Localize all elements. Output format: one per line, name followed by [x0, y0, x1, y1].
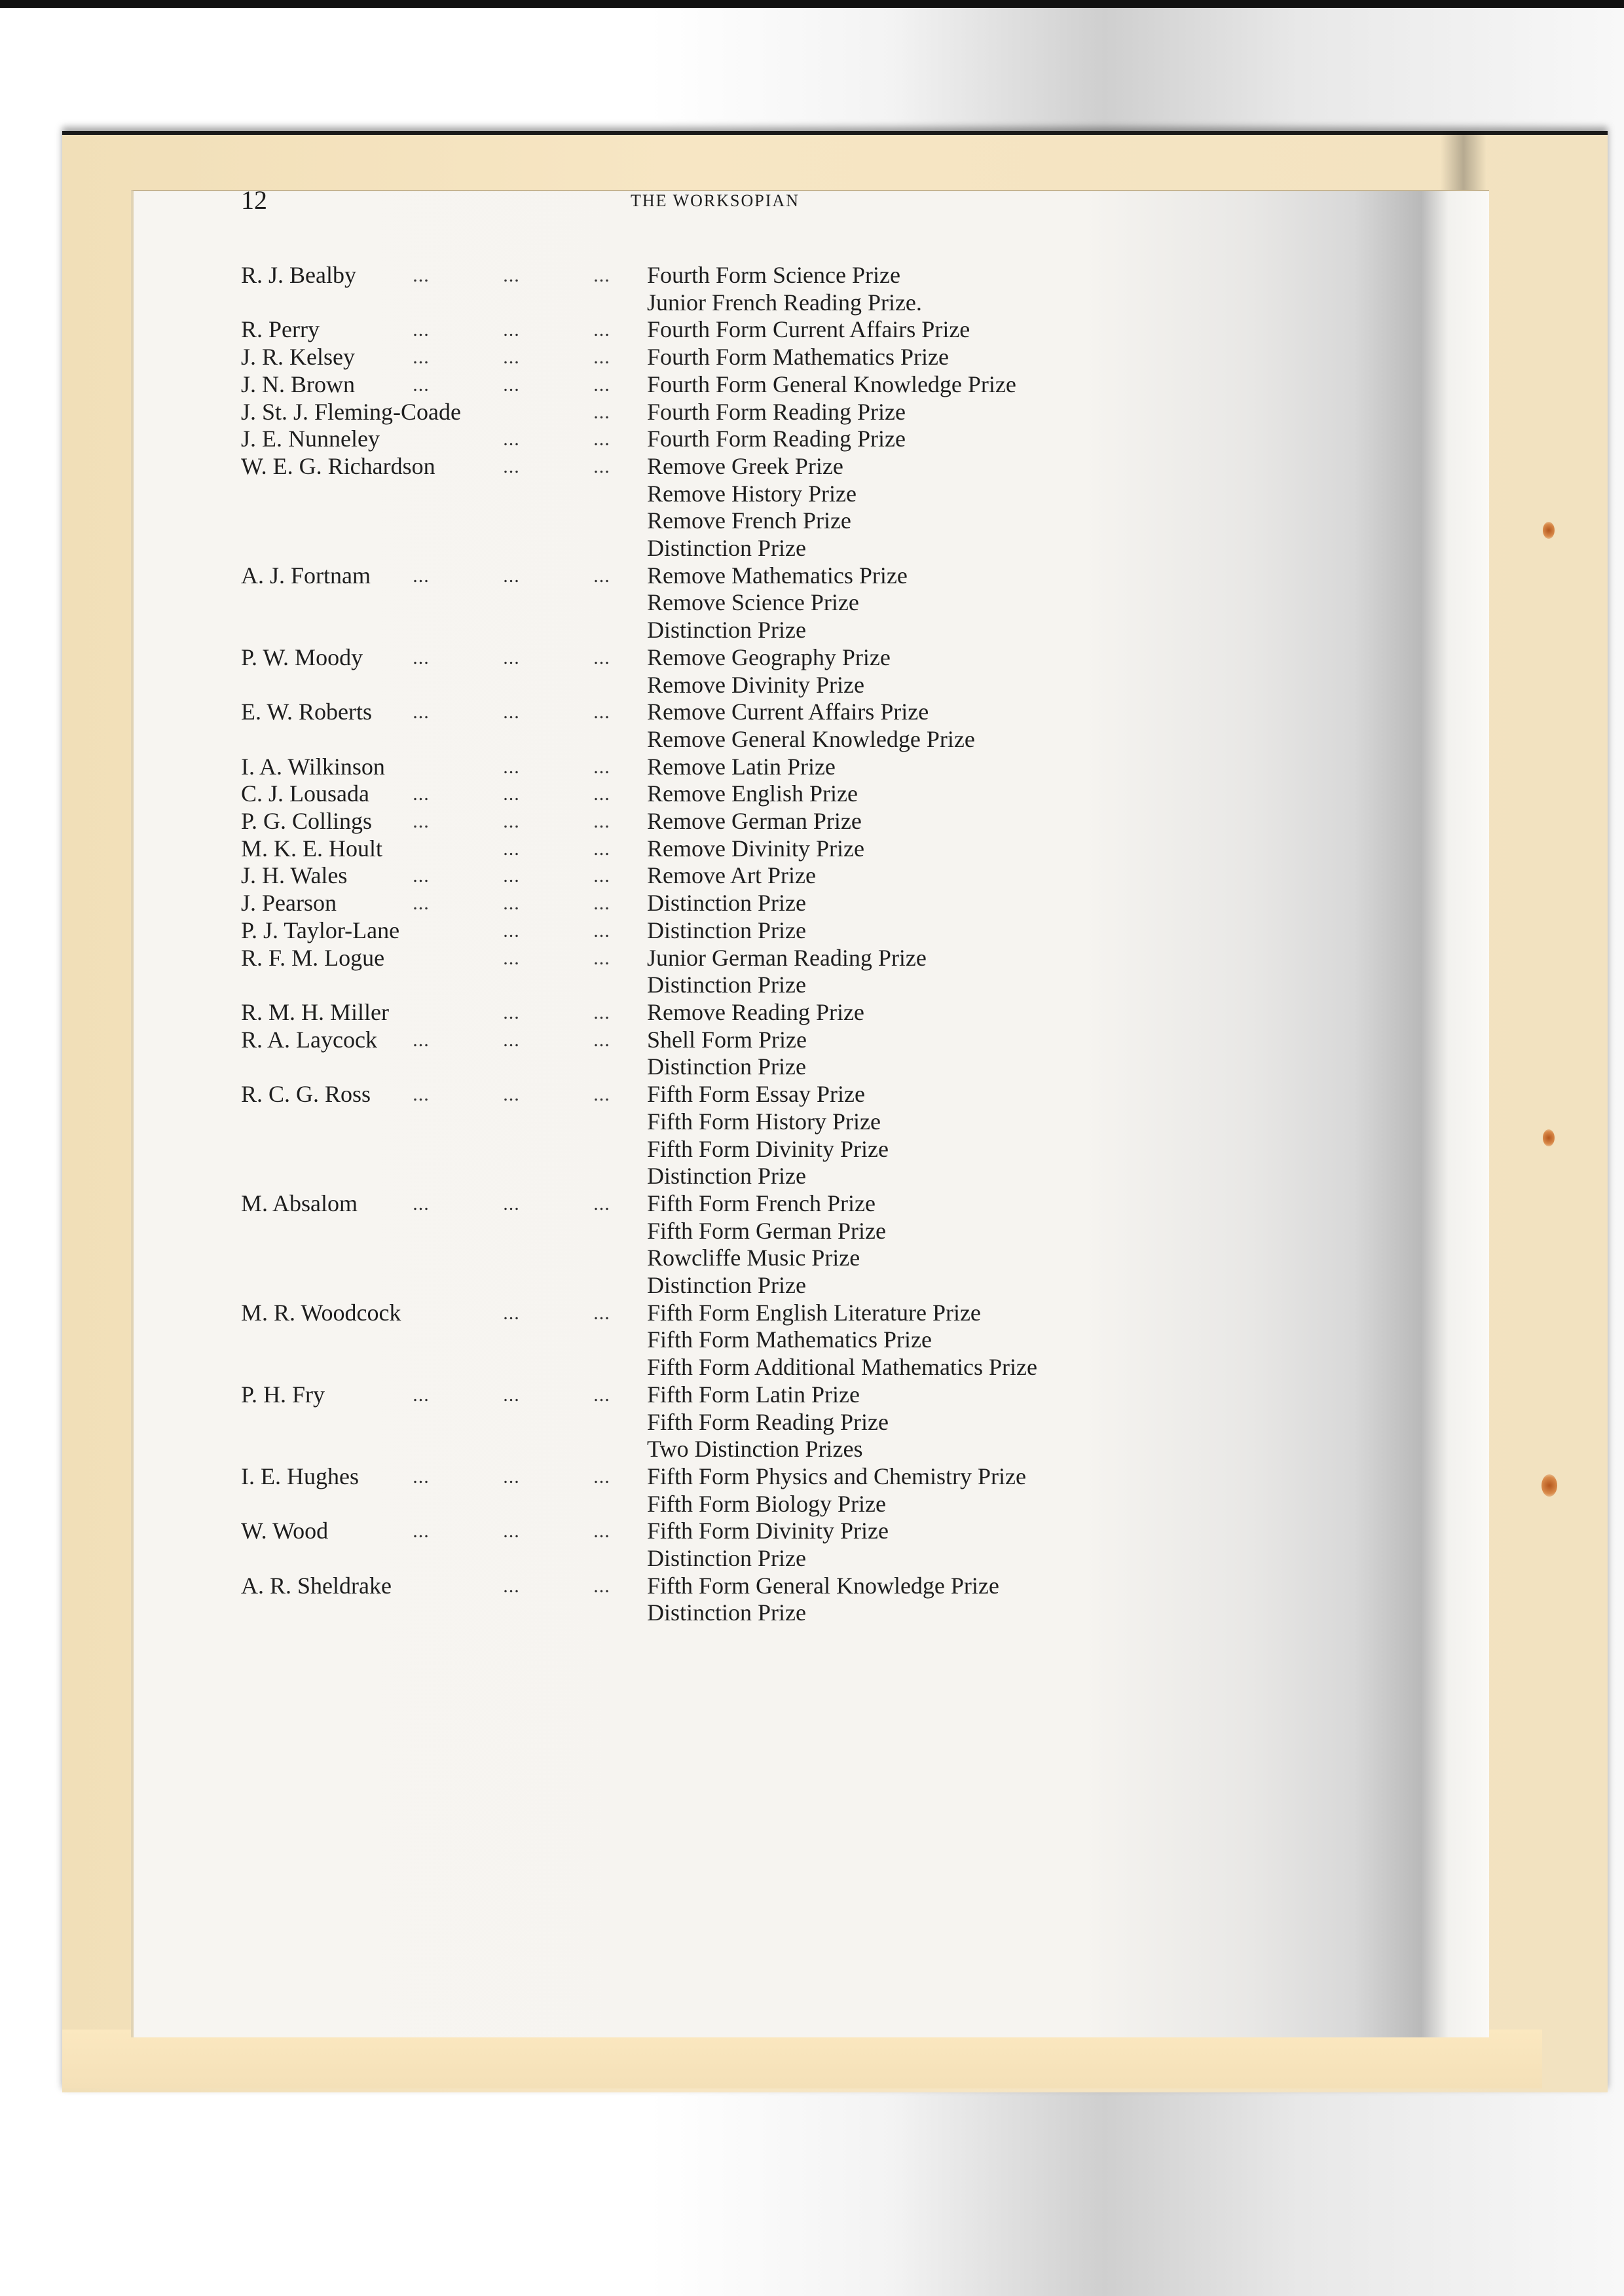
leader-dots: ... [466, 780, 557, 808]
prize-entry: R. M. H. Miller ... ... ... Remove Readi… [241, 999, 1354, 1027]
prize-title: Remove Divinity Prize [647, 835, 864, 863]
recipient-name: W. E. G. Richardson [241, 453, 435, 479]
prize-title: Remove Science Prize [647, 589, 908, 617]
prize-entry: E. W. Roberts ... ... ... Remove Current… [241, 699, 1354, 753]
prize-title: Junior German Reading Prize [647, 945, 927, 972]
prize-title: Fifth Form Divinity Prize [647, 1136, 889, 1163]
prize-title: Fifth Form Latin Prize [647, 1381, 889, 1409]
prize-entry: J. E. Nunneley ... ... ... Fourth Form R… [241, 426, 1354, 453]
prize-title: Distinction Prize [647, 890, 806, 917]
prize-entry: P. H. Fry ... ... ... Fifth Form Latin P… [241, 1381, 1354, 1463]
prize-awards: Fourth Form Science PrizeJunior French R… [647, 262, 922, 316]
prize-awards: Fourth Form Reading Prize [647, 426, 906, 453]
leader-dots: ... [376, 808, 466, 835]
prize-awards: Fifth Form Latin PrizeFifth Form Reading… [647, 1381, 889, 1463]
recipient-name-cell: J. H. Wales ... ... ... [241, 862, 647, 890]
leader-dots: ... [557, 1300, 647, 1327]
prize-title: Fifth Form German Prize [647, 1218, 886, 1245]
leader-dots: ... [376, 780, 466, 808]
leader-dots: ... [376, 1027, 466, 1054]
prize-awards: Fourth Form Reading Prize [647, 399, 906, 426]
recipient-name-cell: A. J. Fortnam ... ... ... [241, 562, 647, 644]
recipient-name: R. M. H. Miller [241, 999, 389, 1025]
leader-dots: ... [557, 754, 647, 781]
leader-dots: ... [466, 644, 557, 672]
prize-title: Remove German Prize [647, 808, 862, 835]
recipient-name-cell: E. W. Roberts ... ... ... [241, 699, 647, 753]
page-number: 12 [241, 185, 267, 215]
recipient-name: R. J. Bealby [241, 262, 356, 288]
leader-dots: ... [557, 399, 647, 426]
leader-dots: ... [376, 344, 466, 371]
prize-entry: J. Pearson ... ... ... Distinction Prize [241, 890, 1354, 917]
prize-title: Shell Form Prize [647, 1027, 807, 1054]
prize-awards: Shell Form PrizeDistinction Prize [647, 1027, 807, 1081]
prize-entry: A. R. Sheldrake ... ... ... Fifth Form G… [241, 1573, 1354, 1627]
leader-dots: ... [466, 1463, 557, 1491]
prize-title: Junior French Reading Prize. [647, 289, 922, 317]
prize-awards: Remove German Prize [647, 808, 862, 835]
prize-title: Remove History Prize [647, 481, 857, 508]
recipient-name-cell: W. E. G. Richardson ... ... ... [241, 453, 647, 562]
leader-dots: ... [376, 1381, 466, 1409]
leader-dots: ... [466, 699, 557, 726]
leader-dots: ... [557, 316, 647, 344]
prize-title: Fifth Form Physics and Chemistry Prize [647, 1463, 1026, 1491]
recipient-name-cell: P. G. Collings ... ... ... [241, 808, 647, 835]
prize-awards: Fifth Form Physics and Chemistry PrizeFi… [647, 1463, 1026, 1518]
leader-dots: ... [557, 917, 647, 945]
prize-awards: Remove Mathematics PrizeRemove Science P… [647, 562, 908, 644]
recipient-name-cell: J. Pearson ... ... ... [241, 890, 647, 917]
leader-dots: ... [376, 1518, 466, 1545]
prize-entry: J. R. Kelsey ... ... ... Fourth Form Mat… [241, 344, 1354, 371]
leader-dots: ... [376, 862, 466, 890]
prize-list: R. J. Bealby ... ... ... Fourth Form Sci… [241, 262, 1354, 1627]
prize-awards: Distinction Prize [647, 890, 806, 917]
prize-title: Fifth Form English Literature Prize [647, 1300, 1037, 1327]
prize-title: Rowcliffe Music Prize [647, 1245, 886, 1272]
prize-entry: M. R. Woodcock ... ... ... Fifth Form En… [241, 1300, 1354, 1381]
recipient-name-cell: I. E. Hughes ... ... ... [241, 1463, 647, 1518]
recipient-name: E. W. Roberts [241, 699, 372, 725]
prize-entry: M. Absalom ... ... ... Fifth Form French… [241, 1190, 1354, 1300]
prize-title: Fifth Form General Knowledge Prize [647, 1573, 999, 1600]
recipient-name: P. H. Fry [241, 1381, 325, 1408]
leader-dots: ... [376, 262, 466, 289]
prize-entry: I. A. Wilkinson ... ... ... Remove Latin… [241, 754, 1354, 781]
recipient-name: J. E. Nunneley [241, 426, 380, 452]
prize-awards: Junior German Reading PrizeDistinction P… [647, 945, 927, 999]
prize-entry: C. J. Lousada ... ... ... Remove English… [241, 780, 1354, 808]
prize-title: Fifth Form Mathematics Prize [647, 1326, 1037, 1354]
prize-title: Remove Greek Prize [647, 453, 857, 481]
recipient-name: J. Pearson [241, 890, 337, 916]
leader-dots: ... [557, 699, 647, 726]
leader-dots: ... [557, 999, 647, 1027]
foxing-stain [1541, 1474, 1557, 1497]
recipient-name-cell: I. A. Wilkinson ... ... ... [241, 754, 647, 781]
prize-title: Remove French Prize [647, 507, 857, 535]
leader-dots: ... [557, 1190, 647, 1218]
recipient-name: P. W. Moody [241, 644, 363, 670]
prize-title: Fourth Form Reading Prize [647, 426, 906, 453]
prize-title: Distinction Prize [647, 917, 806, 945]
prize-title: Remove Divinity Prize [647, 672, 891, 699]
prize-title: Distinction Prize [647, 1053, 807, 1081]
recipient-name-cell: P. W. Moody ... ... ... [241, 644, 647, 699]
prize-title: Remove Reading Prize [647, 999, 864, 1027]
recipient-name-cell: R. Perry ... ... ... [241, 316, 647, 344]
prize-awards: Remove Latin Prize [647, 754, 836, 781]
prize-title: Distinction Prize [647, 972, 927, 999]
recipient-name-cell: P. J. Taylor-Lane ... ... ... [241, 917, 647, 945]
leader-dots: ... [557, 1027, 647, 1054]
recipient-name-cell: C. J. Lousada ... ... ... [241, 780, 647, 808]
recipient-name-cell: R. J. Bealby ... ... ... [241, 262, 647, 316]
recipient-name-cell: R. A. Laycock ... ... ... [241, 1027, 647, 1081]
recipient-name-cell: R. C. G. Ross ... ... ... [241, 1081, 647, 1190]
leader-dots: ... [557, 426, 647, 453]
prize-entry: I. E. Hughes ... ... ... Fifth Form Phys… [241, 1463, 1354, 1518]
prize-title: Remove Geography Prize [647, 644, 891, 672]
prize-title: Fourth Form General Knowledge Prize [647, 371, 1016, 399]
leader-dots: ... [466, 562, 557, 590]
leader-dots: ... [466, 808, 557, 835]
recipient-name-cell: J. E. Nunneley ... ... ... [241, 426, 647, 453]
leader-dots: ... [466, 835, 557, 863]
leader-dots: ... [557, 1518, 647, 1545]
recipient-name: I. A. Wilkinson [241, 754, 385, 780]
prize-awards: Remove Divinity Prize [647, 835, 864, 863]
prize-title: Fifth Form Additional Mathematics Prize [647, 1354, 1037, 1381]
recipient-name-cell: P. H. Fry ... ... ... [241, 1381, 647, 1463]
leader-dots: ... [557, 371, 647, 399]
leader-dots: ... [376, 316, 466, 344]
prize-awards: Fourth Form Current Affairs Prize [647, 316, 970, 344]
recipient-name: R. Perry [241, 316, 320, 342]
prize-awards: Remove Geography PrizeRemove Divinity Pr… [647, 644, 891, 699]
booklet-bottom-edge [62, 2030, 1542, 2088]
prize-awards: Fifth Form General Knowledge PrizeDistin… [647, 1573, 999, 1627]
leader-dots: ... [466, 1573, 557, 1600]
leader-dots: ... [466, 262, 557, 289]
prize-entry: P. G. Collings ... ... ... Remove German… [241, 808, 1354, 835]
leader-dots: ... [557, 262, 647, 289]
leader-dots: ... [466, 371, 557, 399]
leader-dots: ... [376, 1081, 466, 1108]
recipient-name-cell: R. M. H. Miller ... ... ... [241, 999, 647, 1027]
recipient-name-cell: A. R. Sheldrake ... ... ... [241, 1573, 647, 1627]
prize-title: Fourth Form Mathematics Prize [647, 344, 949, 371]
prize-title: Distinction Prize [647, 1599, 999, 1627]
prize-awards: Remove English Prize [647, 780, 858, 808]
prize-title: Remove Latin Prize [647, 754, 836, 781]
leader-dots: ... [466, 945, 557, 972]
leader-dots: ... [557, 1381, 647, 1409]
recipient-name: R. F. M. Logue [241, 945, 384, 971]
scan-top-edge [0, 0, 1624, 8]
leader-dots: ... [466, 754, 557, 781]
recipient-name-cell: M. K. E. Hoult ... ... ... [241, 835, 647, 863]
leader-dots: ... [376, 644, 466, 672]
leader-dots: ... [376, 1463, 466, 1491]
prize-entry: P. J. Taylor-Lane ... ... ... Distinctio… [241, 917, 1354, 945]
recipient-name: A. J. Fortnam [241, 562, 371, 589]
prize-entry: R. A. Laycock ... ... ... Shell Form Pri… [241, 1027, 1354, 1081]
prize-title: Fifth Form French Prize [647, 1190, 886, 1218]
recipient-name: R. C. G. Ross [241, 1081, 371, 1107]
leader-dots: ... [557, 1081, 647, 1108]
prize-title: Remove General Knowledge Prize [647, 726, 975, 754]
prize-title: Fifth Form Essay Prize [647, 1081, 889, 1108]
prize-title: Distinction Prize [647, 1163, 889, 1190]
recipient-name: J. N. Brown [241, 371, 355, 397]
leader-dots: ... [466, 1518, 557, 1545]
leader-dots: ... [466, 862, 557, 890]
leader-dots: ... [466, 917, 557, 945]
prize-title: Remove Mathematics Prize [647, 562, 908, 590]
recipient-name-cell: J. R. Kelsey ... ... ... [241, 344, 647, 371]
recipient-name-cell: M. R. Woodcock ... ... ... [241, 1300, 647, 1381]
leader-dots: ... [466, 999, 557, 1027]
prize-entry: R. J. Bealby ... ... ... Fourth Form Sci… [241, 262, 1354, 316]
leader-dots: ... [376, 1190, 466, 1218]
recipient-name: P. G. Collings [241, 808, 372, 834]
prize-title: Distinction Prize [647, 535, 857, 562]
recipient-name: J. St. J. Fleming-Coade [241, 399, 461, 425]
prize-entry: J. H. Wales ... ... ... Remove Art Prize [241, 862, 1354, 890]
leader-dots: ... [466, 1300, 557, 1327]
prize-title: Distinction Prize [647, 1545, 889, 1573]
recipient-name: A. R. Sheldrake [241, 1573, 392, 1599]
prize-entry: W. Wood ... ... ... Fifth Form Divinity … [241, 1518, 1354, 1572]
recipient-name: P. J. Taylor-Lane [241, 917, 399, 943]
prize-title: Fifth Form Biology Prize [647, 1491, 1026, 1518]
leader-dots: ... [557, 562, 647, 590]
recipient-name: J. R. Kelsey [241, 344, 355, 370]
prize-entry: J. N. Brown ... ... ... Fourth Form Gene… [241, 371, 1354, 399]
prize-awards: Fifth Form Essay PrizeFifth Form History… [647, 1081, 889, 1190]
leader-dots: ... [376, 371, 466, 399]
leader-dots: ... [557, 344, 647, 371]
recipient-name-cell: J. N. Brown ... ... ... [241, 371, 647, 399]
prize-awards: Fifth Form English Literature PrizeFifth… [647, 1300, 1037, 1381]
recipient-name: C. J. Lousada [241, 780, 369, 807]
prize-title: Fourth Form Current Affairs Prize [647, 316, 970, 344]
leader-dots: ... [557, 890, 647, 917]
prize-awards: Fourth Form Mathematics Prize [647, 344, 949, 371]
prize-awards: Distinction Prize [647, 917, 806, 945]
leader-dots: ... [557, 1573, 647, 1600]
leader-dots: ... [557, 835, 647, 863]
journal-title: THE WORKSOPIAN [631, 191, 800, 211]
prize-awards: Fifth Form Divinity PrizeDistinction Pri… [647, 1518, 889, 1572]
leader-dots: ... [376, 699, 466, 726]
prize-title: Remove English Prize [647, 780, 858, 808]
leader-dots: ... [557, 644, 647, 672]
leader-dots: ... [466, 344, 557, 371]
recipient-name: M. Absalom [241, 1190, 358, 1216]
prize-entry: R. C. G. Ross ... ... ... Fifth Form Ess… [241, 1081, 1354, 1190]
prize-title: Fourth Form Science Prize [647, 262, 922, 289]
recipient-name-cell: R. F. M. Logue ... ... ... [241, 945, 647, 999]
foxing-stain [1543, 522, 1555, 539]
recipient-name: M. R. Woodcock [241, 1300, 401, 1326]
prize-title: Fifth Form Reading Prize [647, 1409, 889, 1436]
leader-dots: ... [557, 453, 647, 481]
foxing-stain [1543, 1129, 1555, 1146]
leader-dots: ... [376, 890, 466, 917]
prize-entry: W. E. G. Richardson ... ... ... Remove G… [241, 453, 1354, 562]
prize-entry: J. St. J. Fleming-Coade ... ... ... Four… [241, 399, 1354, 426]
prize-title: Fifth Form History Prize [647, 1108, 889, 1136]
recipient-name: W. Wood [241, 1518, 328, 1544]
recipient-name-cell: J. St. J. Fleming-Coade ... ... ... [241, 399, 647, 426]
recipient-name: J. H. Wales [241, 862, 347, 888]
leader-dots: ... [466, 316, 557, 344]
leader-dots: ... [466, 453, 557, 481]
leader-dots: ... [557, 945, 647, 972]
prize-awards: Remove Art Prize [647, 862, 816, 890]
leader-dots: ... [557, 862, 647, 890]
prize-awards: Fourth Form General Knowledge Prize [647, 371, 1016, 399]
prize-awards: Remove Greek PrizeRemove History PrizeRe… [647, 453, 857, 562]
prize-title: Two Distinction Prizes [647, 1436, 889, 1463]
leader-dots: ... [466, 1381, 557, 1409]
recipient-name: M. K. E. Hoult [241, 835, 382, 862]
recipient-name-cell: M. Absalom ... ... ... [241, 1190, 647, 1300]
recipient-name: R. A. Laycock [241, 1027, 377, 1053]
prize-awards: Remove Reading Prize [647, 999, 864, 1027]
prize-title: Remove Current Affairs Prize [647, 699, 975, 726]
leader-dots: ... [466, 1081, 557, 1108]
leader-dots: ... [376, 562, 466, 590]
recipient-name: I. E. Hughes [241, 1463, 359, 1489]
leader-dots: ... [466, 1190, 557, 1218]
prize-entry: R. F. M. Logue ... ... ... Junior German… [241, 945, 1354, 999]
prize-title: Fourth Form Reading Prize [647, 399, 906, 426]
leader-dots: ... [466, 890, 557, 917]
prize-title: Remove Art Prize [647, 862, 816, 890]
prize-title: Distinction Prize [647, 1272, 886, 1300]
prize-awards: Fifth Form French PrizeFifth Form German… [647, 1190, 886, 1300]
prize-awards: Remove Current Affairs PrizeRemove Gener… [647, 699, 975, 753]
leader-dots: ... [557, 780, 647, 808]
prize-title: Fifth Form Divinity Prize [647, 1518, 889, 1545]
leader-dots: ... [557, 808, 647, 835]
prize-entry: R. Perry ... ... ... Fourth Form Current… [241, 316, 1354, 344]
leader-dots: ... [557, 1463, 647, 1491]
leader-dots: ... [466, 426, 557, 453]
recipient-name-cell: W. Wood ... ... ... [241, 1518, 647, 1572]
leader-dots: ... [466, 1027, 557, 1054]
prize-title: Distinction Prize [647, 617, 908, 644]
prize-entry: M. K. E. Hoult ... ... ... Remove Divini… [241, 835, 1354, 863]
prize-entry: P. W. Moody ... ... ... Remove Geography… [241, 644, 1354, 699]
prize-entry: A. J. Fortnam ... ... ... Remove Mathema… [241, 562, 1354, 644]
